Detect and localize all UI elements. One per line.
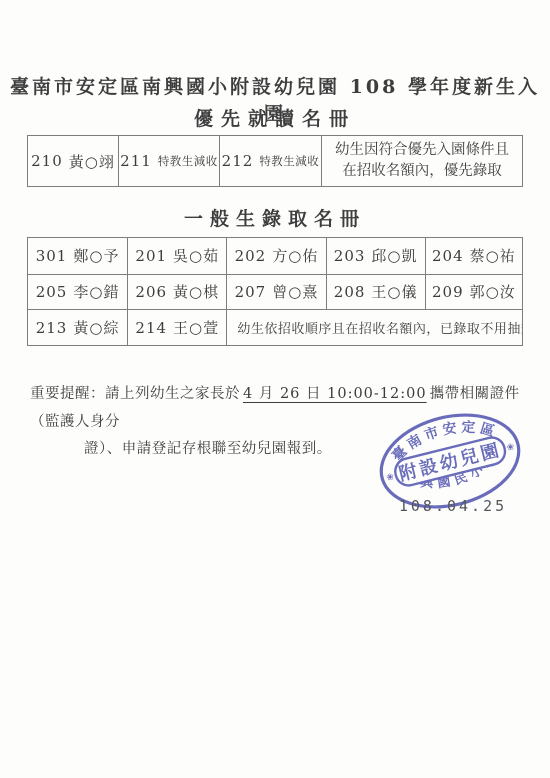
student-number: 202: [235, 247, 267, 265]
general-admission-table: 301 鄭○予 201 吳○茹 202 方○佑 203 邱○凱 204 蔡○祐 …: [27, 237, 523, 346]
student-number: 210: [31, 152, 63, 170]
student-name: 黃○棋: [173, 281, 219, 302]
table-cell: 209 郭○汝: [425, 274, 522, 310]
student-number: 209: [432, 283, 464, 301]
student-number: 212: [222, 152, 254, 170]
student-number: 213: [36, 319, 68, 337]
table-cell: 207 曾○熹: [226, 274, 325, 310]
table-cell: 208 王○儀: [326, 274, 425, 310]
general-list-title: 一般生錄取名冊: [0, 204, 550, 231]
general-remark-cell: 幼生依招收順序且在招收名額內，已錄取不用抽籤: [226, 309, 522, 345]
student-name: 曾○熹: [272, 281, 318, 302]
student-name: 鄭○予: [73, 245, 119, 266]
student-name: 方○佑: [272, 245, 318, 266]
student-number: 203: [334, 247, 366, 265]
student-name: 邱○凱: [371, 245, 417, 266]
table-cell: 301 鄭○予: [28, 238, 127, 274]
student-name: 黃○綜: [73, 317, 119, 338]
special-ed-note: 特教生減收: [158, 153, 218, 169]
reminder-label: 重要提醒：: [30, 386, 105, 402]
student-name: 王○儀: [371, 281, 417, 302]
table-cell: 201 吳○茹: [127, 238, 226, 274]
student-name: 郭○汝: [470, 281, 516, 302]
student-name: 李○錯: [73, 281, 119, 302]
table-cell: 213 黃○綜: [28, 309, 127, 345]
table-cell: 214 王○萱: [127, 309, 226, 345]
document-subtitle: 優先就讀名冊: [0, 104, 550, 131]
student-name: 黃○翊: [69, 151, 115, 172]
table-cell: 210 黃○翊: [28, 136, 118, 186]
student-number: 205: [36, 283, 68, 301]
special-ed-note: 特教生減收: [259, 153, 319, 169]
student-number: 207: [235, 283, 267, 301]
student-number: 208: [334, 283, 366, 301]
student-name: 王○萱: [173, 317, 219, 338]
reminder-date-time-underlined: 4 月 26 日 10:00-12:00: [240, 386, 430, 402]
scanned-document-page: 臺南市安定區南興國小附設幼兒園 108 學年度新生入園 優先就讀名冊 210 黃…: [0, 0, 550, 778]
table-cell: 212 特教生減收: [219, 136, 321, 186]
seal-flower-left-icon: ❀: [385, 472, 395, 484]
table-cell: 205 李○錯: [28, 274, 127, 310]
table-cell: 202 方○佑: [226, 238, 325, 274]
priority-admission-table: 210 黃○翊 211 特教生減收 212 特教生減收 幼生因符合優先入園條件且…: [27, 135, 523, 187]
student-number: 201: [135, 247, 167, 265]
priority-remark-cell: 幼生因符合優先入園條件且在招收名額內，優先錄取: [321, 136, 522, 186]
student-name: 吳○茹: [173, 245, 219, 266]
student-number: 301: [36, 247, 68, 265]
student-name: 蔡○祐: [470, 245, 516, 266]
table-cell: 211 特教生減收: [118, 136, 219, 186]
student-number: 211: [120, 152, 152, 170]
table-cell: 203 邱○凱: [326, 238, 425, 274]
seal-flower-right-icon: ❀: [506, 442, 516, 454]
student-number: 204: [432, 247, 464, 265]
stamp-date: 108.04.25: [398, 497, 508, 515]
table-cell: 204 蔡○祐: [425, 238, 522, 274]
student-number: 206: [135, 283, 167, 301]
table-cell: 206 黃○棋: [127, 274, 226, 310]
student-number: 214: [135, 319, 167, 337]
reminder-text-before: 請上列幼生之家長於: [105, 386, 240, 402]
